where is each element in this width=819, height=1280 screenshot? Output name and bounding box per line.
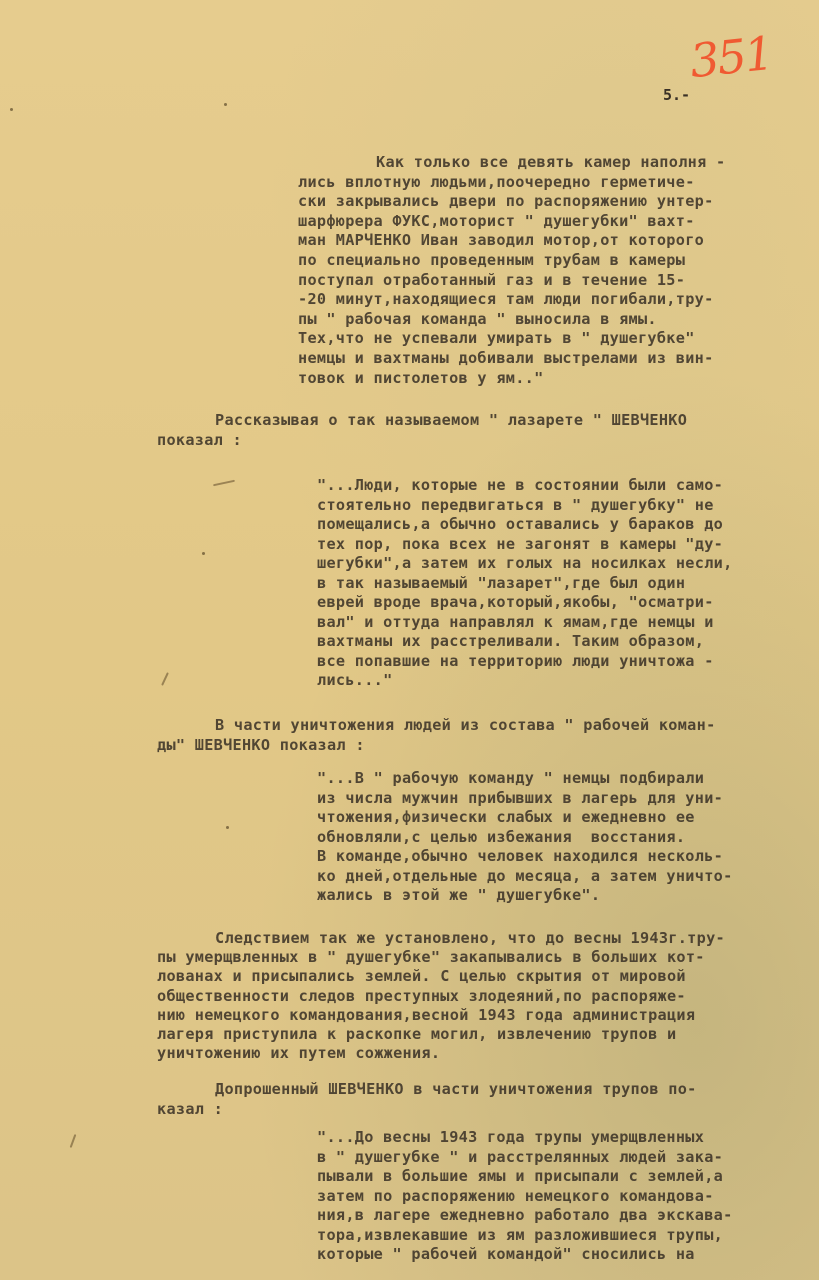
text-line: Допрошенный ШЕВЧЕНКО в части уничтожения… bbox=[215, 1080, 697, 1098]
text-line: Следствием так же установлено, что до ве… bbox=[215, 929, 725, 947]
text-line: "...Люди, которые не в состоянии были са… bbox=[317, 476, 723, 494]
paper-speck bbox=[226, 826, 229, 829]
text-line: общественности следов преступных злодеян… bbox=[157, 987, 686, 1005]
text-line: показал : bbox=[157, 431, 242, 449]
text-line: стоятельно передвигаться в " душегубку" … bbox=[317, 496, 714, 514]
text-line: ски закрывались двери по распоряжению ун… bbox=[298, 192, 714, 210]
text-line: "...До весны 1943 года трупы умерщвленны… bbox=[317, 1128, 704, 1146]
text-line: жались в этой же " душегубке". bbox=[317, 886, 600, 904]
text-line: уничтожению их путем сожжения. bbox=[157, 1044, 440, 1062]
text-line: лованах и присыпались землей. С целью ск… bbox=[157, 967, 686, 985]
text-line: чтожения,физически слабых и ежедневно ее bbox=[317, 808, 695, 826]
text-line: В части уничтожения людей из состава " р… bbox=[215, 716, 716, 734]
text-line: еврей вроде врача,который,якобы, "осматр… bbox=[317, 593, 714, 611]
text-line: тора,извлекавшие из ям разложившиеся тру… bbox=[317, 1226, 723, 1244]
text-line: пы " рабочая команда " выносила в ямы. bbox=[298, 310, 657, 328]
text-line: в так называемый "лазарет",где был один bbox=[317, 574, 685, 592]
text-line: немцы и вахтманы добивали выстрелами из … bbox=[298, 349, 714, 367]
text-line: Тех,что не успевали умирать в " душегубк… bbox=[298, 329, 695, 347]
text-line: шарфюрера ФУКС,моторист " душегубки" вах… bbox=[298, 212, 695, 230]
paper-mark bbox=[213, 480, 235, 487]
text-line: Как только все девять камер наполня - bbox=[376, 153, 725, 171]
text-line: из числа мужчин прибывших в лагерь для у… bbox=[317, 789, 723, 807]
text-line: обновляли,с целью избежания восстания. bbox=[317, 828, 685, 846]
paper-mark bbox=[70, 1134, 77, 1148]
text-line: лись..." bbox=[317, 671, 393, 689]
text-line: лагеря приступила к раскопке могил, извл… bbox=[157, 1025, 676, 1043]
text-line: поступал отработанный газ и в течение 15… bbox=[298, 271, 685, 289]
text-line: ко дней,отдельные до месяца, а затем уни… bbox=[317, 867, 733, 885]
text-line: В команде,обычно человек находился неско… bbox=[317, 847, 723, 865]
paper-speck bbox=[202, 552, 205, 555]
text-line: вал" и оттуда направлял к ямам,где немцы… bbox=[317, 613, 714, 631]
text-line: в " душегубке " и расстрелянных людей за… bbox=[317, 1148, 723, 1166]
text-line: ман МАРЧЕНКО Иван заводил мотор,от котор… bbox=[298, 231, 704, 249]
text-line: нию немецкого командования,весной 1943 г… bbox=[157, 1006, 695, 1024]
text-line: казал : bbox=[157, 1100, 223, 1118]
text-line: шегубки",а затем их голых на носилках не… bbox=[317, 554, 733, 572]
text-line: затем по распоряжению немецкого командов… bbox=[317, 1187, 714, 1205]
document-page: 351 5.- Как только все девять камер напо… bbox=[0, 0, 819, 1280]
text-line: вахтманы их расстреливали. Таким образом… bbox=[317, 632, 704, 650]
paper-speck bbox=[224, 103, 227, 106]
text-line: -20 минут,находящиеся там люди погибали,… bbox=[298, 290, 714, 308]
text-line: все попавшие на территорию люди уничтожа… bbox=[317, 652, 714, 670]
text-line: лись вплотную людьми,поочередно герметич… bbox=[298, 173, 695, 191]
archive-page-stamp: 351 bbox=[687, 26, 774, 88]
text-line: которые " рабочей командой" сносились на bbox=[317, 1245, 695, 1263]
text-line: пы умерщвленных в " душегубке" закапывал… bbox=[157, 948, 705, 966]
paper-mark bbox=[161, 672, 169, 686]
text-line: ды" ШЕВЧЕНКО показал : bbox=[157, 736, 365, 754]
paper-speck bbox=[10, 108, 13, 111]
text-line: ния,в лагере ежедневно работало два экск… bbox=[317, 1206, 733, 1224]
text-line: "...В " рабочую команду " немцы подбирал… bbox=[317, 769, 704, 787]
text-line: пывали в большие ямы и присыпали с земле… bbox=[317, 1167, 723, 1185]
text-line: Рассказывая о так называемом " лазарете … bbox=[215, 411, 687, 429]
text-line: товок и пистолетов у ям.." bbox=[298, 369, 544, 387]
text-line: помещались,а обычно оставались у бараков… bbox=[317, 515, 723, 533]
text-line: по специально проведенным трубам в камер… bbox=[298, 251, 685, 269]
text-line: тех пор, пока всех не загонят в камеры "… bbox=[317, 535, 723, 553]
page-number: 5.- bbox=[663, 86, 690, 104]
